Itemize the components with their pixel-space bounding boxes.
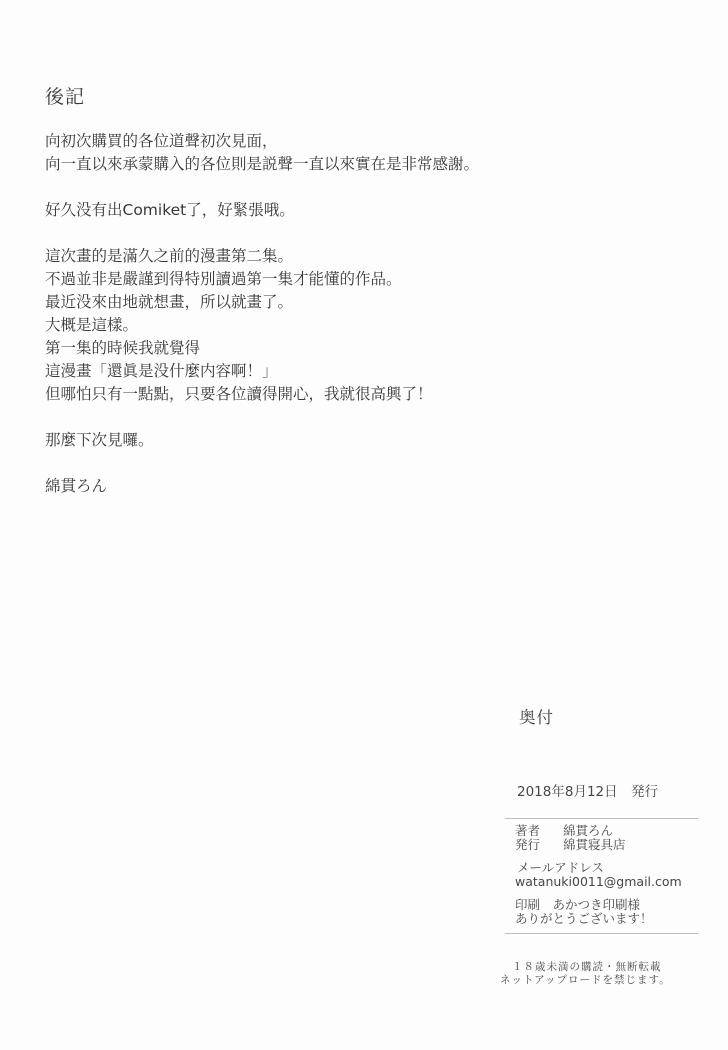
author-label: 著者 <box>515 824 563 838</box>
colophon-divider-bottom <box>505 933 698 934</box>
age-notice-line-1: １８歳未満の購読・無断転載 <box>500 961 671 974</box>
email-label: メールアドレス <box>515 861 682 875</box>
email-address: watanuki0011@gmail.com <box>515 875 682 889</box>
colophon-title: 奥付 <box>519 704 554 728</box>
printer-thanks-line: ありがとうございます！ <box>515 912 653 926</box>
age-notice-block: １８歳未満の購読・無断転載 ネットアップロードを禁じます。 <box>500 961 671 987</box>
scanned-page: 後記 向初次購買的各位道聲初次見面， 向一直以來承蒙購入的各位則是説聲一直以來實… <box>0 0 728 1050</box>
printer-line: 印刷 あかつき印刷様 <box>515 898 653 912</box>
publisher-label: 発行 <box>515 838 563 852</box>
email-block: メールアドレス watanuki0011@gmail.com <box>515 861 682 888</box>
age-notice-line-2: ネットアップロードを禁じます。 <box>500 974 671 987</box>
afterword-title: 後記 <box>45 86 85 109</box>
author-value: 綿貫ろん <box>563 824 613 838</box>
credits-block: 著者 綿貫ろん 発行 綿貫寝具店 <box>515 824 626 852</box>
afterword-body: 向初次購買的各位道聲初次見面， 向一直以來承蒙購入的各位則是説聲一直以來實在是非… <box>45 130 479 498</box>
credit-row-publisher: 発行 綿貫寝具店 <box>515 838 626 852</box>
colophon-divider-top <box>505 818 698 819</box>
credit-row-author: 著者 綿貫ろん <box>515 824 626 838</box>
publication-date: 2018年8月12日 発行 <box>517 780 658 800</box>
publisher-value: 綿貫寝具店 <box>563 838 626 852</box>
printer-block: 印刷 あかつき印刷様 ありがとうございます！ <box>515 898 653 925</box>
